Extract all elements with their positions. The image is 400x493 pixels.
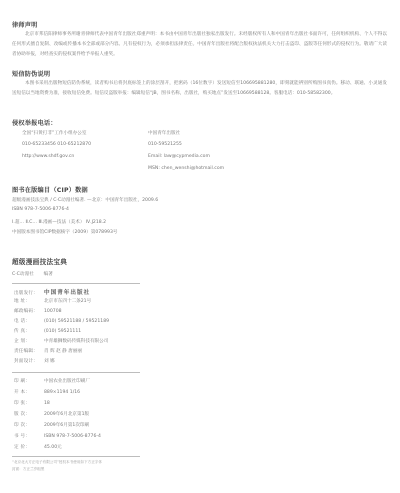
print-info-row: 开 本：889×1194 1/16: [14, 389, 80, 395]
pub-info-value: (010) 59521188 / 59521189: [44, 319, 109, 324]
pub-info-key: 电 话：: [14, 318, 44, 324]
print-info-key: 书 号：: [14, 433, 44, 439]
pub-info-key: 出版发行：: [14, 290, 44, 296]
cip-line: 超级漫画技法宝典 / C·C动漫社编著. —北京：中国青年出版社，2009.6: [12, 197, 158, 203]
book-title: 超级漫画技法宝典: [12, 256, 67, 266]
cip-line: ISBN 978-7-5006-8776-4: [12, 207, 69, 212]
pub-info-key: 责任编辑：: [14, 348, 44, 354]
lawyer-statement-body: 北京市邦信阳律师事务所谢青律师代表中国青年出版社郑重声明：本书由中国青年出版社独…: [12, 30, 387, 60]
author-name: C·C动漫社: [12, 272, 34, 277]
pub-info-value: 100708: [44, 309, 62, 314]
pub-info-row: 责任编辑：肖 辉 赵 静 唐丽丽: [14, 348, 82, 354]
print-info-value: 18: [44, 401, 50, 406]
pub-info-key: 地 址：: [14, 298, 44, 304]
font-credit-line: “北京北大方正电子有限公司”授权本书使用如下方正字体: [12, 460, 102, 465]
print-info-value: 2009年6月第1次印刷: [44, 422, 89, 428]
report-contacts-heading: 侵权举报电话：: [12, 118, 57, 127]
pub-info-row: 邮政编码：100708: [14, 308, 62, 314]
print-info-key: 版 次：: [14, 411, 44, 417]
print-info-value: 中国农业出版社印刷厂: [44, 378, 90, 384]
report-right-line: 010-59521255: [148, 142, 182, 147]
book-author: C·C动漫社编著: [12, 271, 53, 277]
print-info-key: 开 本：: [14, 389, 44, 395]
pub-info-row: 电 话：(010) 59521188 / 59521189: [14, 318, 109, 324]
pub-info-row: 传 真：(010) 59521111: [14, 328, 81, 334]
print-info-key: 印 刷：: [14, 378, 44, 384]
pub-info-value: 肖 辉 赵 静 唐丽丽: [44, 348, 82, 354]
divider: [12, 456, 140, 457]
sms-anticounterfeit-body: 本图书采用出版物短信防伪系统，读者购书后将封底标签上的涂层刮开，把密码（16位数…: [12, 79, 387, 99]
pub-info-value: 中青雄狮数码传媒科技有限公司: [44, 338, 108, 344]
cip-heading: 图书在版编目（CIP）数据: [12, 185, 88, 194]
pub-info-row: 企 划：中青雄狮数码传媒科技有限公司: [14, 338, 108, 344]
font-credit-line: 封面：方正兰亭粗黑: [12, 467, 44, 472]
print-info-row: 印 次：2009年6月第1次印刷: [14, 422, 89, 428]
author-role: 编著: [44, 272, 53, 277]
print-info-value: 2009年6月北京第1版: [44, 411, 89, 417]
pub-info-key: 传 真：: [14, 328, 44, 334]
cip-line: 中国版本图书馆CIP数据核字（2009）第078993号: [12, 229, 117, 235]
print-info-row: 书 号：ISBN 978-7-5006-8776-4: [14, 433, 101, 439]
print-info-key: 定 价：: [14, 444, 44, 450]
lawyer-statement-heading: 律师声明: [12, 20, 38, 29]
divider: [12, 372, 140, 373]
divider: [12, 283, 140, 284]
cip-line: Ⅰ.超… Ⅱ.C… Ⅲ.漫画—技法（美术） Ⅳ.J218.2: [12, 219, 106, 225]
pub-info-key: 封面设计：: [14, 358, 44, 364]
pub-info-value: (010) 59521111: [44, 329, 81, 334]
sms-anticounterfeit-heading: 短信防伪说明: [12, 69, 50, 78]
print-info-row: 定 价：45.00元: [14, 444, 62, 450]
report-right-line: 中国青年出版社: [148, 130, 180, 136]
print-info-row: 印 张：18: [14, 400, 50, 406]
print-info-row: 印 刷：中国农业出版社印刷厂: [14, 378, 90, 384]
print-info-row: 版 次：2009年6月北京第1版: [14, 411, 89, 417]
print-info-key: 印 次：: [14, 422, 44, 428]
pub-info-row: 出版发行：中国青年出版社: [14, 288, 90, 296]
print-info-value: 889×1194 1/16: [44, 390, 80, 395]
pub-info-row: 地 址：北京市东四十二条21号: [14, 298, 91, 304]
print-info-value: 45.00元: [44, 444, 62, 450]
print-info-value: ISBN 978-7-5006-8776-4: [44, 434, 101, 439]
pub-info-value: 北京市东四十二条21号: [44, 298, 91, 304]
pub-info-value: 刘 娜: [44, 358, 55, 364]
report-right-msn: MSN: chen_wenshi@hotmail.com: [148, 166, 224, 171]
report-right-email[interactable]: Email: law@cypmedia.com: [148, 154, 210, 159]
report-left-link[interactable]: http://www.shdf.gov.cn: [22, 154, 74, 159]
pub-info-key: 邮政编码：: [14, 308, 44, 314]
report-left-line: 全国“扫黄打非”工作小组办公室: [22, 130, 86, 136]
pub-info-row: 封面设计：刘 娜: [14, 358, 55, 364]
copyright-page: 律师声明 北京市邦信阳律师事务所谢青律师代表中国青年出版社郑重声明：本书由中国青…: [0, 0, 400, 493]
pub-info-key: 企 划：: [14, 338, 44, 344]
publisher-logo: 中国青年出版社: [44, 288, 90, 296]
print-info-key: 印 张：: [14, 400, 44, 406]
report-left-line: 010-65233456 010-65212870: [22, 142, 91, 147]
